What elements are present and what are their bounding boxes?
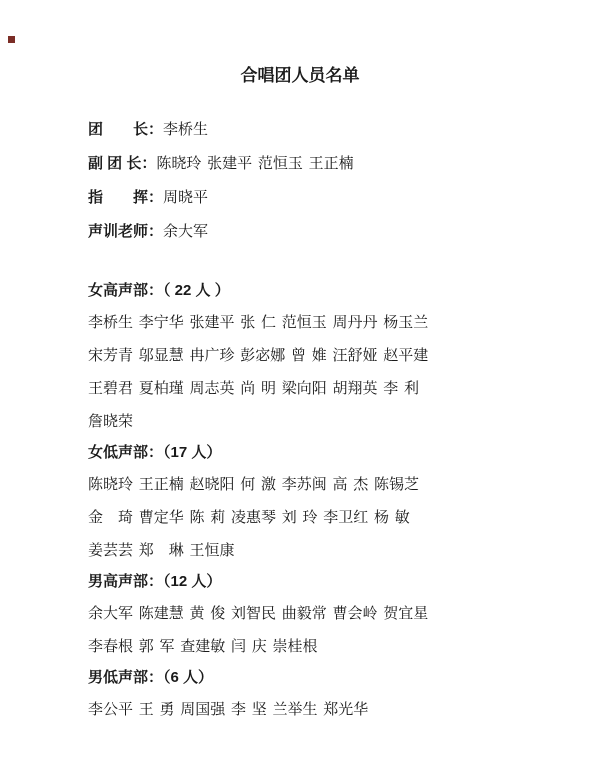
leader-names: 余大军: [163, 224, 208, 240]
leader-names: 周晓平: [163, 190, 208, 206]
member-name-line: 李公平 王 勇 周国强 李 坚 兰举生 郑光华: [88, 694, 560, 727]
leader-role-label: 声训老师：: [88, 223, 163, 240]
section-member-count: （6 人）: [163, 669, 213, 686]
voice-section: 男高声部：（12 人）余大军 陈建慧 黄 俊 刘智民 曲毅常 曹会岭 贺宜星李春…: [88, 565, 560, 664]
member-name-line: 宋芳青 邬显慧 冉广珍 彭宓娜 曾 婎 汪舒娅 赵平建: [88, 340, 560, 373]
leader-line: 团 长：李桥生: [88, 113, 560, 147]
section-name: 男高声部：: [88, 573, 163, 590]
section-member-count: （ 22 人 ）: [163, 282, 230, 299]
member-name-line: 姜芸芸 郑 琳 王恒康: [88, 535, 560, 568]
leader-role-label: 团 长：: [88, 121, 163, 138]
member-name-line: 李春根 郭 军 查建敏 闫 庆 崇桂根: [88, 631, 560, 664]
member-name-line: 李桥生 李宁华 张建平 张 仁 范恒玉 周丹丹 杨玉兰: [88, 307, 560, 340]
section-list: 女高声部：（ 22 人 ）李桥生 李宁华 张建平 张 仁 范恒玉 周丹丹 杨玉兰…: [88, 274, 560, 727]
member-name-line: 詹晓荣: [88, 406, 560, 439]
leader-names: 陈晓玲 张建平 范恒玉 王正楠: [156, 156, 353, 172]
corner-mark: [8, 36, 15, 43]
leader-role-label: 指 挥：: [88, 189, 163, 206]
member-name-line: 余大军 陈建慧 黄 俊 刘智民 曲毅常 曹会岭 贺宜星: [88, 598, 560, 631]
section-header: 女高声部：（ 22 人 ）: [88, 274, 560, 307]
leader-line: 指 挥：周晓平: [88, 181, 560, 215]
member-name-line: 陈晓玲 王正楠 赵晓阳 何 激 李苏闽 高 杰 陈锡芝: [88, 469, 560, 502]
document-title: 合唱团人员名单: [0, 0, 600, 86]
section-member-count: （12 人）: [163, 573, 221, 590]
leader-role-label: 副 团 长：: [88, 155, 156, 172]
section-header: 男高声部：（12 人）: [88, 565, 560, 598]
section-name: 男低声部：: [88, 669, 163, 686]
voice-section: 女低声部：（17 人）陈晓玲 王正楠 赵晓阳 何 激 李苏闽 高 杰 陈锡芝金 …: [88, 436, 560, 568]
section-header: 男低声部：（6 人）: [88, 661, 560, 694]
leader-names: 李桥生: [163, 122, 208, 138]
leader-line: 副 团 长：陈晓玲 张建平 范恒玉 王正楠: [88, 147, 560, 181]
voice-section: 男低声部：（6 人）李公平 王 勇 周国强 李 坚 兰举生 郑光华: [88, 661, 560, 727]
member-name-line: 王碧君 夏柏瑾 周志英 尚 明 梁向阳 胡翔英 李 利: [88, 373, 560, 406]
voice-section: 女高声部：（ 22 人 ）李桥生 李宁华 张建平 张 仁 范恒玉 周丹丹 杨玉兰…: [88, 274, 560, 439]
member-name-line: 金 琦 曹定华 陈 莉 凌惠琴 刘 玲 李卫红 杨 敏: [88, 502, 560, 535]
section-member-count: （17 人）: [163, 444, 221, 461]
leader-line: 声训老师：余大军: [88, 215, 560, 249]
leader-list: 团 长：李桥生副 团 长：陈晓玲 张建平 范恒玉 王正楠指 挥：周晓平声训老师：…: [88, 113, 560, 249]
section-name: 女低声部：: [88, 444, 163, 461]
section-header: 女低声部：（17 人）: [88, 436, 560, 469]
document-page: 合唱团人员名单 团 长：李桥生副 团 长：陈晓玲 张建平 范恒玉 王正楠指 挥：…: [0, 0, 600, 768]
section-name: 女高声部：: [88, 282, 163, 299]
